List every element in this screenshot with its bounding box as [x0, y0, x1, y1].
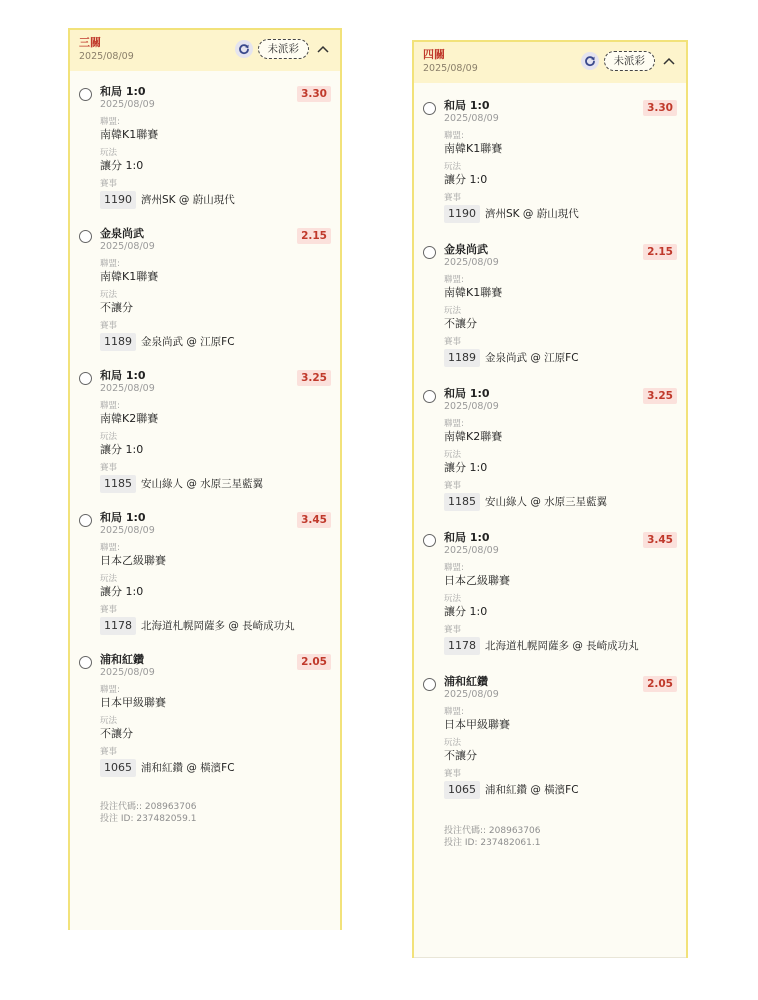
league-label: 聯盟: — [444, 275, 686, 286]
league-label: 聯盟: — [100, 685, 340, 696]
league-label: 聯盟: — [444, 707, 686, 718]
league-value: 南韓K2聯賽 — [100, 412, 340, 426]
event-name: 浦和紅鑽 @ 橫濱FC — [485, 784, 579, 797]
odds-badge: 2.15 — [643, 244, 677, 260]
event-label: 賽事 — [444, 625, 686, 636]
play-value: 讓分 1:0 — [100, 159, 340, 173]
odds-badge: 3.30 — [643, 100, 677, 116]
odds-badge: 2.15 — [297, 228, 331, 244]
event-id: 1189 — [444, 349, 480, 367]
radio-button[interactable] — [423, 390, 436, 403]
league-value: 日本甲級聯賽 — [100, 696, 340, 710]
parlay-card-4: 四關 2025/08/09 未派彩 和局 1:0 2025/08/09 3.30… — [412, 40, 688, 958]
event-label: 賽事 — [100, 463, 340, 474]
radio-button[interactable] — [79, 514, 92, 527]
play-value: 讓分 1:0 — [100, 443, 340, 457]
parlay-date: 2025/08/09 — [423, 63, 478, 75]
card-header[interactable]: 三關 2025/08/09 未派彩 — [70, 30, 340, 71]
bet-code: 投注代碼:: 208963706 — [100, 801, 340, 813]
play-label: 玩法 — [100, 716, 340, 727]
odds-badge: 3.45 — [643, 532, 677, 548]
radio-button[interactable] — [79, 88, 92, 101]
event-label: 賽事 — [444, 481, 686, 492]
league-label: 聯盟: — [100, 117, 340, 128]
league-value: 南韓K1聯賽 — [444, 142, 686, 156]
event-name: 安山綠人 @ 水原三星藍翼 — [485, 496, 607, 509]
play-label: 玩法 — [444, 162, 686, 173]
odds-badge: 2.05 — [297, 654, 331, 670]
selection-item: 金泉尚武 2025/08/09 2.15 聯盟: 南韓K1聯賽 玩法 不讓分 賽… — [414, 243, 686, 367]
odds-badge: 3.45 — [297, 512, 331, 528]
play-value: 讓分 1:0 — [100, 585, 340, 599]
selection-item: 金泉尚武 2025/08/09 2.15 聯盟: 南韓K1聯賽 玩法 不讓分 賽… — [70, 227, 340, 351]
play-value: 不讓分 — [100, 727, 340, 741]
league-value: 南韓K1聯賽 — [100, 270, 340, 284]
play-value: 不讓分 — [444, 317, 686, 331]
event-id: 1190 — [100, 191, 136, 209]
event-id: 1178 — [444, 637, 480, 655]
league-value: 日本甲級聯賽 — [444, 718, 686, 732]
event-name: 北海道札幌岡薩多 @ 長崎成功丸 — [485, 640, 639, 653]
league-value: 南韓K1聯賽 — [444, 286, 686, 300]
play-label: 玩法 — [100, 432, 340, 443]
event-id: 1189 — [100, 333, 136, 351]
play-value: 讓分 1:0 — [444, 461, 686, 475]
event-label: 賽事 — [100, 605, 340, 616]
play-label: 玩法 — [100, 290, 340, 301]
radio-button[interactable] — [79, 372, 92, 385]
parlay-card-3: 三關 2025/08/09 未派彩 和局 1:0 2025/08/09 3.30… — [68, 28, 342, 930]
refresh-icon[interactable] — [581, 52, 599, 70]
league-label: 聯盟: — [444, 563, 686, 574]
event-name: 濟州SK @ 蔚山現代 — [485, 208, 579, 221]
event-label: 賽事 — [100, 747, 340, 758]
parlay-date: 2025/08/09 — [79, 51, 134, 63]
selection-item: 和局 1:0 2025/08/09 3.25 聯盟: 南韓K2聯賽 玩法 讓分 … — [70, 369, 340, 493]
bet-code: 投注代碼:: 208963706 — [444, 825, 686, 837]
odds-badge: 3.30 — [297, 86, 331, 102]
play-value: 讓分 1:0 — [444, 605, 686, 619]
league-label: 聯盟: — [100, 259, 340, 270]
event-id: 1185 — [100, 475, 136, 493]
chevron-up-icon[interactable] — [660, 52, 678, 70]
league-value: 日本乙級聯賽 — [100, 554, 340, 568]
odds-badge: 2.05 — [643, 676, 677, 692]
play-label: 玩法 — [444, 450, 686, 461]
event-name: 浦和紅鑽 @ 橫濱FC — [141, 762, 235, 775]
divider — [414, 957, 686, 958]
selection-item: 浦和紅鑽 2025/08/09 2.05 聯盟: 日本甲級聯賽 玩法 不讓分 賽… — [70, 653, 340, 777]
card-header[interactable]: 四關 2025/08/09 未派彩 — [414, 42, 686, 83]
event-id: 1065 — [444, 781, 480, 799]
play-value: 讓分 1:0 — [444, 173, 686, 187]
play-value: 不讓分 — [444, 749, 686, 763]
league-label: 聯盟: — [444, 131, 686, 142]
event-id: 1190 — [444, 205, 480, 223]
radio-button[interactable] — [423, 678, 436, 691]
event-id: 1178 — [100, 617, 136, 635]
chevron-up-icon[interactable] — [314, 40, 332, 58]
selection-item: 和局 1:0 2025/08/09 3.45 聯盟: 日本乙級聯賽 玩法 讓分 … — [414, 531, 686, 655]
play-label: 玩法 — [444, 738, 686, 749]
event-name: 金泉尚武 @ 江原FC — [485, 352, 579, 365]
bet-id: 投注 ID: 237482061.1 — [444, 837, 686, 849]
selection-item: 和局 1:0 2025/08/09 3.30 聯盟: 南韓K1聯賽 玩法 讓分 … — [70, 85, 340, 209]
league-value: 南韓K2聯賽 — [444, 430, 686, 444]
event-label: 賽事 — [444, 769, 686, 780]
event-label: 賽事 — [444, 193, 686, 204]
event-name: 濟州SK @ 蔚山現代 — [141, 194, 235, 207]
event-label: 賽事 — [100, 321, 340, 332]
league-label: 聯盟: — [100, 543, 340, 554]
event-name: 金泉尚武 @ 江原FC — [141, 336, 235, 349]
play-value: 不讓分 — [100, 301, 340, 315]
league-value: 南韓K1聯賽 — [100, 128, 340, 142]
radio-button[interactable] — [79, 656, 92, 669]
event-name: 安山綠人 @ 水原三星藍翼 — [141, 478, 263, 491]
play-label: 玩法 — [100, 148, 340, 159]
event-label: 賽事 — [444, 337, 686, 348]
bet-id: 投注 ID: 237482059.1 — [100, 813, 340, 825]
radio-button[interactable] — [423, 246, 436, 259]
play-label: 玩法 — [444, 594, 686, 605]
odds-badge: 3.25 — [643, 388, 677, 404]
radio-button[interactable] — [423, 102, 436, 115]
selection-item: 和局 1:0 2025/08/09 3.25 聯盟: 南韓K2聯賽 玩法 讓分 … — [414, 387, 686, 511]
event-label: 賽事 — [100, 179, 340, 190]
parlay-title: 四關 — [423, 48, 445, 61]
play-label: 玩法 — [100, 574, 340, 585]
play-label: 玩法 — [444, 306, 686, 317]
odds-badge: 3.25 — [297, 370, 331, 386]
radio-button[interactable] — [79, 230, 92, 243]
league-value: 日本乙級聯賽 — [444, 574, 686, 588]
radio-button[interactable] — [423, 534, 436, 547]
parlay-title: 三關 — [79, 36, 101, 49]
event-id: 1065 — [100, 759, 136, 777]
status-badge: 未派彩 — [258, 39, 310, 59]
league-label: 聯盟: — [444, 419, 686, 430]
selection-item: 和局 1:0 2025/08/09 3.30 聯盟: 南韓K1聯賽 玩法 讓分 … — [414, 99, 686, 223]
event-name: 北海道札幌岡薩多 @ 長崎成功丸 — [141, 620, 295, 633]
event-id: 1185 — [444, 493, 480, 511]
selection-item: 和局 1:0 2025/08/09 3.45 聯盟: 日本乙級聯賽 玩法 讓分 … — [70, 511, 340, 635]
selection-item: 浦和紅鑽 2025/08/09 2.05 聯盟: 日本甲級聯賽 玩法 不讓分 賽… — [414, 675, 686, 799]
league-label: 聯盟: — [100, 401, 340, 412]
refresh-icon[interactable] — [235, 40, 253, 58]
status-badge: 未派彩 — [604, 51, 656, 71]
